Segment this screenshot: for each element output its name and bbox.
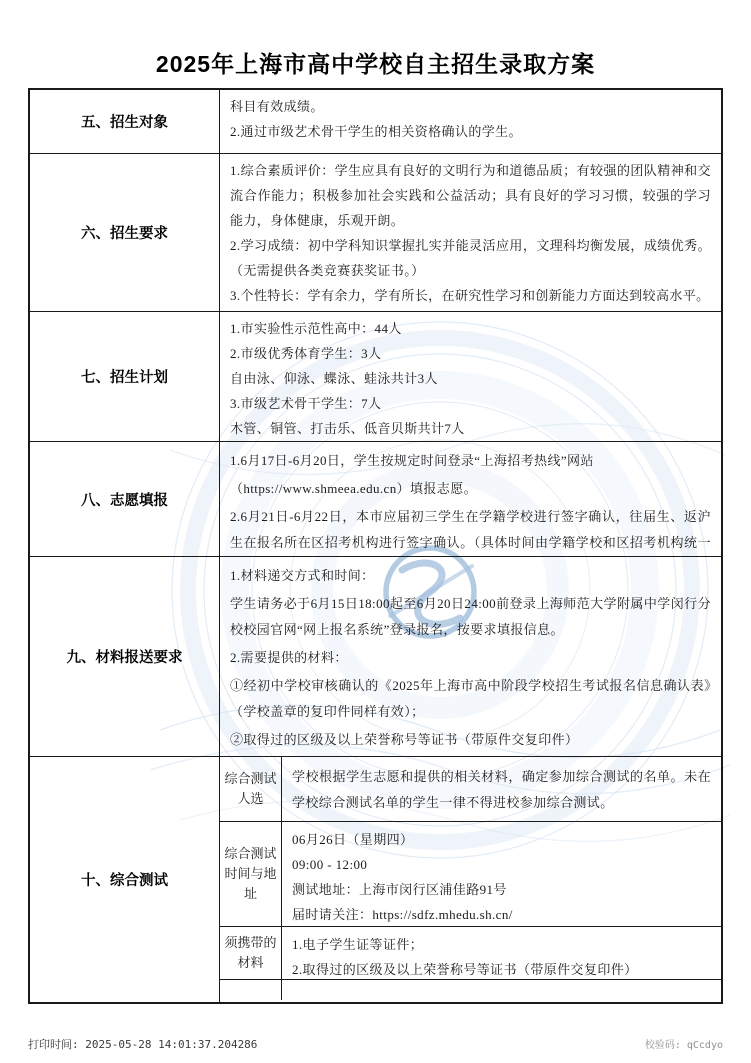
- doc-line: 科目有效成绩。: [230, 94, 711, 119]
- doc-line: （https://www.shmeea.edu.cn）填报志愿。: [230, 476, 711, 502]
- subrow-content-test-time-location: 06月26日（星期四） 09:00 - 12:00 测试地址：上海市闵行区浦佳路…: [282, 822, 721, 926]
- doc-line: 2.6月21日-6月22日，本市应届初三学生在学籍学校进行签字确认，往届生、返沪…: [230, 504, 711, 556]
- subrow-test-candidates: 综合测试人选 学校根据学生志愿和提供的相关材料，确定参加综合测试的名单。未在学校…: [220, 757, 721, 822]
- page-footer: 打印时间: 2025-05-28 14:01:37.204286 校验码: qC…: [28, 1036, 723, 1052]
- doc-line: 学生请务必于6月15日18:00起至6月20日24:00前登录上海师范大学附属中…: [230, 591, 711, 643]
- doc-line: 2.需要提供的材料：: [230, 645, 711, 671]
- doc-line: 1.6月17日-6月20日，学生按规定时间登录“上海招考热线”网站: [230, 448, 711, 474]
- table-row-material-submission: 九、材料报送要求 1.材料递交方式和时间： 学生请务必于6月15日18:00起至…: [30, 557, 721, 757]
- doc-line: 自由泳、仰泳、蝶泳、蛙泳共计3人: [230, 366, 711, 391]
- row-content-material-submission: 1.材料递交方式和时间： 学生请务必于6月15日18:00起至6月20日24:0…: [220, 557, 721, 756]
- row-header-application-filing: 八、志愿填报: [30, 442, 220, 556]
- subrow-test-time-location: 综合测试时间与地址 06月26日（星期四） 09:00 - 12:00 测试地址…: [220, 822, 721, 927]
- admission-plan-table: 五、招生对象 科目有效成绩。 2.通过市级艺术骨干学生的相关资格确认的学生。 六…: [28, 88, 723, 1004]
- doc-line: 1.电子学生证等证件；: [292, 932, 711, 957]
- doc-line: 2.市级优秀体育学生：3人: [230, 341, 711, 366]
- row-header-label: 五、招生对象: [81, 111, 168, 132]
- doc-line: 3.个性特长：学有余力，学有所长，在研究性学习和创新能力方面达到较高水平。: [230, 283, 711, 308]
- table-row-enrollment-plan: 七、招生计划 1.市实验性示范性高中：44人 2.市级优秀体育学生：3人 自由泳…: [30, 312, 721, 442]
- subrow-header-test-candidates: 综合测试人选: [220, 757, 282, 821]
- table-row-enrollment-requirements: 六、招生要求 1.综合素质评价：学生应具有良好的文明行为和道德品质；有较强的团队…: [30, 154, 721, 312]
- table-row-comprehensive-test: 十、综合测试 综合测试人选 学校根据学生志愿和提供的相关材料，确定参加综合测试的…: [30, 757, 721, 1002]
- doc-line: 09:00 - 12:00: [292, 852, 711, 877]
- comprehensive-test-subtable: 综合测试人选 学校根据学生志愿和提供的相关材料，确定参加综合测试的名单。未在学校…: [220, 757, 721, 1002]
- doc-line: 1.综合素质评价：学生应具有良好的文明行为和道德品质；有较强的团队精神和交流合作…: [230, 158, 711, 233]
- row-header-material-submission: 九、材料报送要求: [30, 557, 220, 756]
- print-time-text: 打印时间: 2025-05-28 14:01:37.204286: [28, 1036, 257, 1052]
- doc-line: 学校根据学生志愿和提供的相关材料，确定参加综合测试的名单。未在学校综合测试名单的…: [292, 764, 711, 816]
- row-content-enrollment-requirements: 1.综合素质评价：学生应具有良好的文明行为和道德品质；有较强的团队精神和交流合作…: [220, 154, 721, 311]
- row-header-enrollment-targets: 五、招生对象: [30, 90, 220, 153]
- subrow-header-test-time-location: 综合测试时间与地址: [220, 822, 282, 926]
- row-header-enrollment-requirements: 六、招生要求: [30, 154, 220, 311]
- subrow-header-label: 综合测试时间与地址: [224, 844, 277, 904]
- row-header-label: 六、招生要求: [81, 222, 168, 243]
- row-header-label: 八、志愿填报: [81, 489, 168, 510]
- row-content-enrollment-targets: 科目有效成绩。 2.通过市级艺术骨干学生的相关资格确认的学生。: [220, 90, 721, 153]
- row-header-comprehensive-test: 十、综合测试: [30, 757, 220, 1002]
- subrow-header-required-materials: 须携带的材料: [220, 927, 282, 979]
- subrow-empty: [220, 980, 721, 1000]
- subrow-header-empty: [220, 980, 282, 1000]
- subrow-header-label: 综合测试人选: [224, 769, 277, 809]
- doc-line: ①经初中学校审核确认的《2025年上海市高中阶段学校招生考试报名信息确认表》（学…: [230, 673, 711, 725]
- row-content-application-filing: 1.6月17日-6月20日，学生按规定时间登录“上海招考热线”网站 （https…: [220, 442, 721, 556]
- page-title: 2025年上海市高中学校自主招生录取方案: [0, 46, 751, 79]
- doc-line: 2.学习成绩：初中学科知识掌握扎实并能灵活应用，文理科均衡发展，成绩优秀。（无需…: [230, 233, 711, 283]
- doc-line: 木管、铜管、打击乐、低音贝斯共计7人: [230, 416, 711, 441]
- subrow-content-test-candidates: 学校根据学生志愿和提供的相关材料，确定参加综合测试的名单。未在学校综合测试名单的…: [282, 757, 721, 821]
- checksum-text: 校验码: qCcdyo: [645, 1036, 723, 1051]
- doc-line: 1.材料递交方式和时间：: [230, 563, 711, 589]
- doc-line: 3.市级艺术骨干学生：7人: [230, 391, 711, 416]
- doc-line: 2.取得过的区级及以上荣誉称号等证书（带原件交复印件）: [292, 957, 711, 979]
- row-header-label: 七、招生计划: [81, 366, 168, 387]
- document-page: 2025年上海市高中学校自主招生录取方案 五、招生对象 科目有效成绩。 2.通过…: [0, 0, 751, 1063]
- row-header-label: 十、综合测试: [81, 869, 168, 890]
- doc-line: 1.市实验性示范性高中：44人: [230, 316, 711, 341]
- row-header-label: 九、材料报送要求: [67, 646, 183, 667]
- row-header-enrollment-plan: 七、招生计划: [30, 312, 220, 441]
- row-content-enrollment-plan: 1.市实验性示范性高中：44人 2.市级优秀体育学生：3人 自由泳、仰泳、蝶泳、…: [220, 312, 721, 441]
- subrow-content-empty: [282, 980, 721, 1000]
- doc-line: 06月26日（星期四）: [292, 827, 711, 852]
- table-row-application-filing: 八、志愿填报 1.6月17日-6月20日，学生按规定时间登录“上海招考热线”网站…: [30, 442, 721, 557]
- subrow-required-materials: 须携带的材料 1.电子学生证等证件； 2.取得过的区级及以上荣誉称号等证书（带原…: [220, 927, 721, 980]
- subrow-content-required-materials: 1.电子学生证等证件； 2.取得过的区级及以上荣誉称号等证书（带原件交复印件）: [282, 927, 721, 979]
- subrow-header-label: 须携带的材料: [224, 933, 277, 973]
- table-row-enrollment-targets: 五、招生对象 科目有效成绩。 2.通过市级艺术骨干学生的相关资格确认的学生。: [30, 90, 721, 154]
- doc-line: 届时请关注：https://sdfz.mhedu.sh.cn/: [292, 902, 711, 926]
- doc-line: ②取得过的区级及以上荣誉称号等证书（带原件交复印件）: [230, 727, 711, 753]
- doc-line: 2.通过市级艺术骨干学生的相关资格确认的学生。: [230, 119, 711, 144]
- doc-line: 测试地址：上海市闵行区浦佳路91号: [292, 877, 711, 902]
